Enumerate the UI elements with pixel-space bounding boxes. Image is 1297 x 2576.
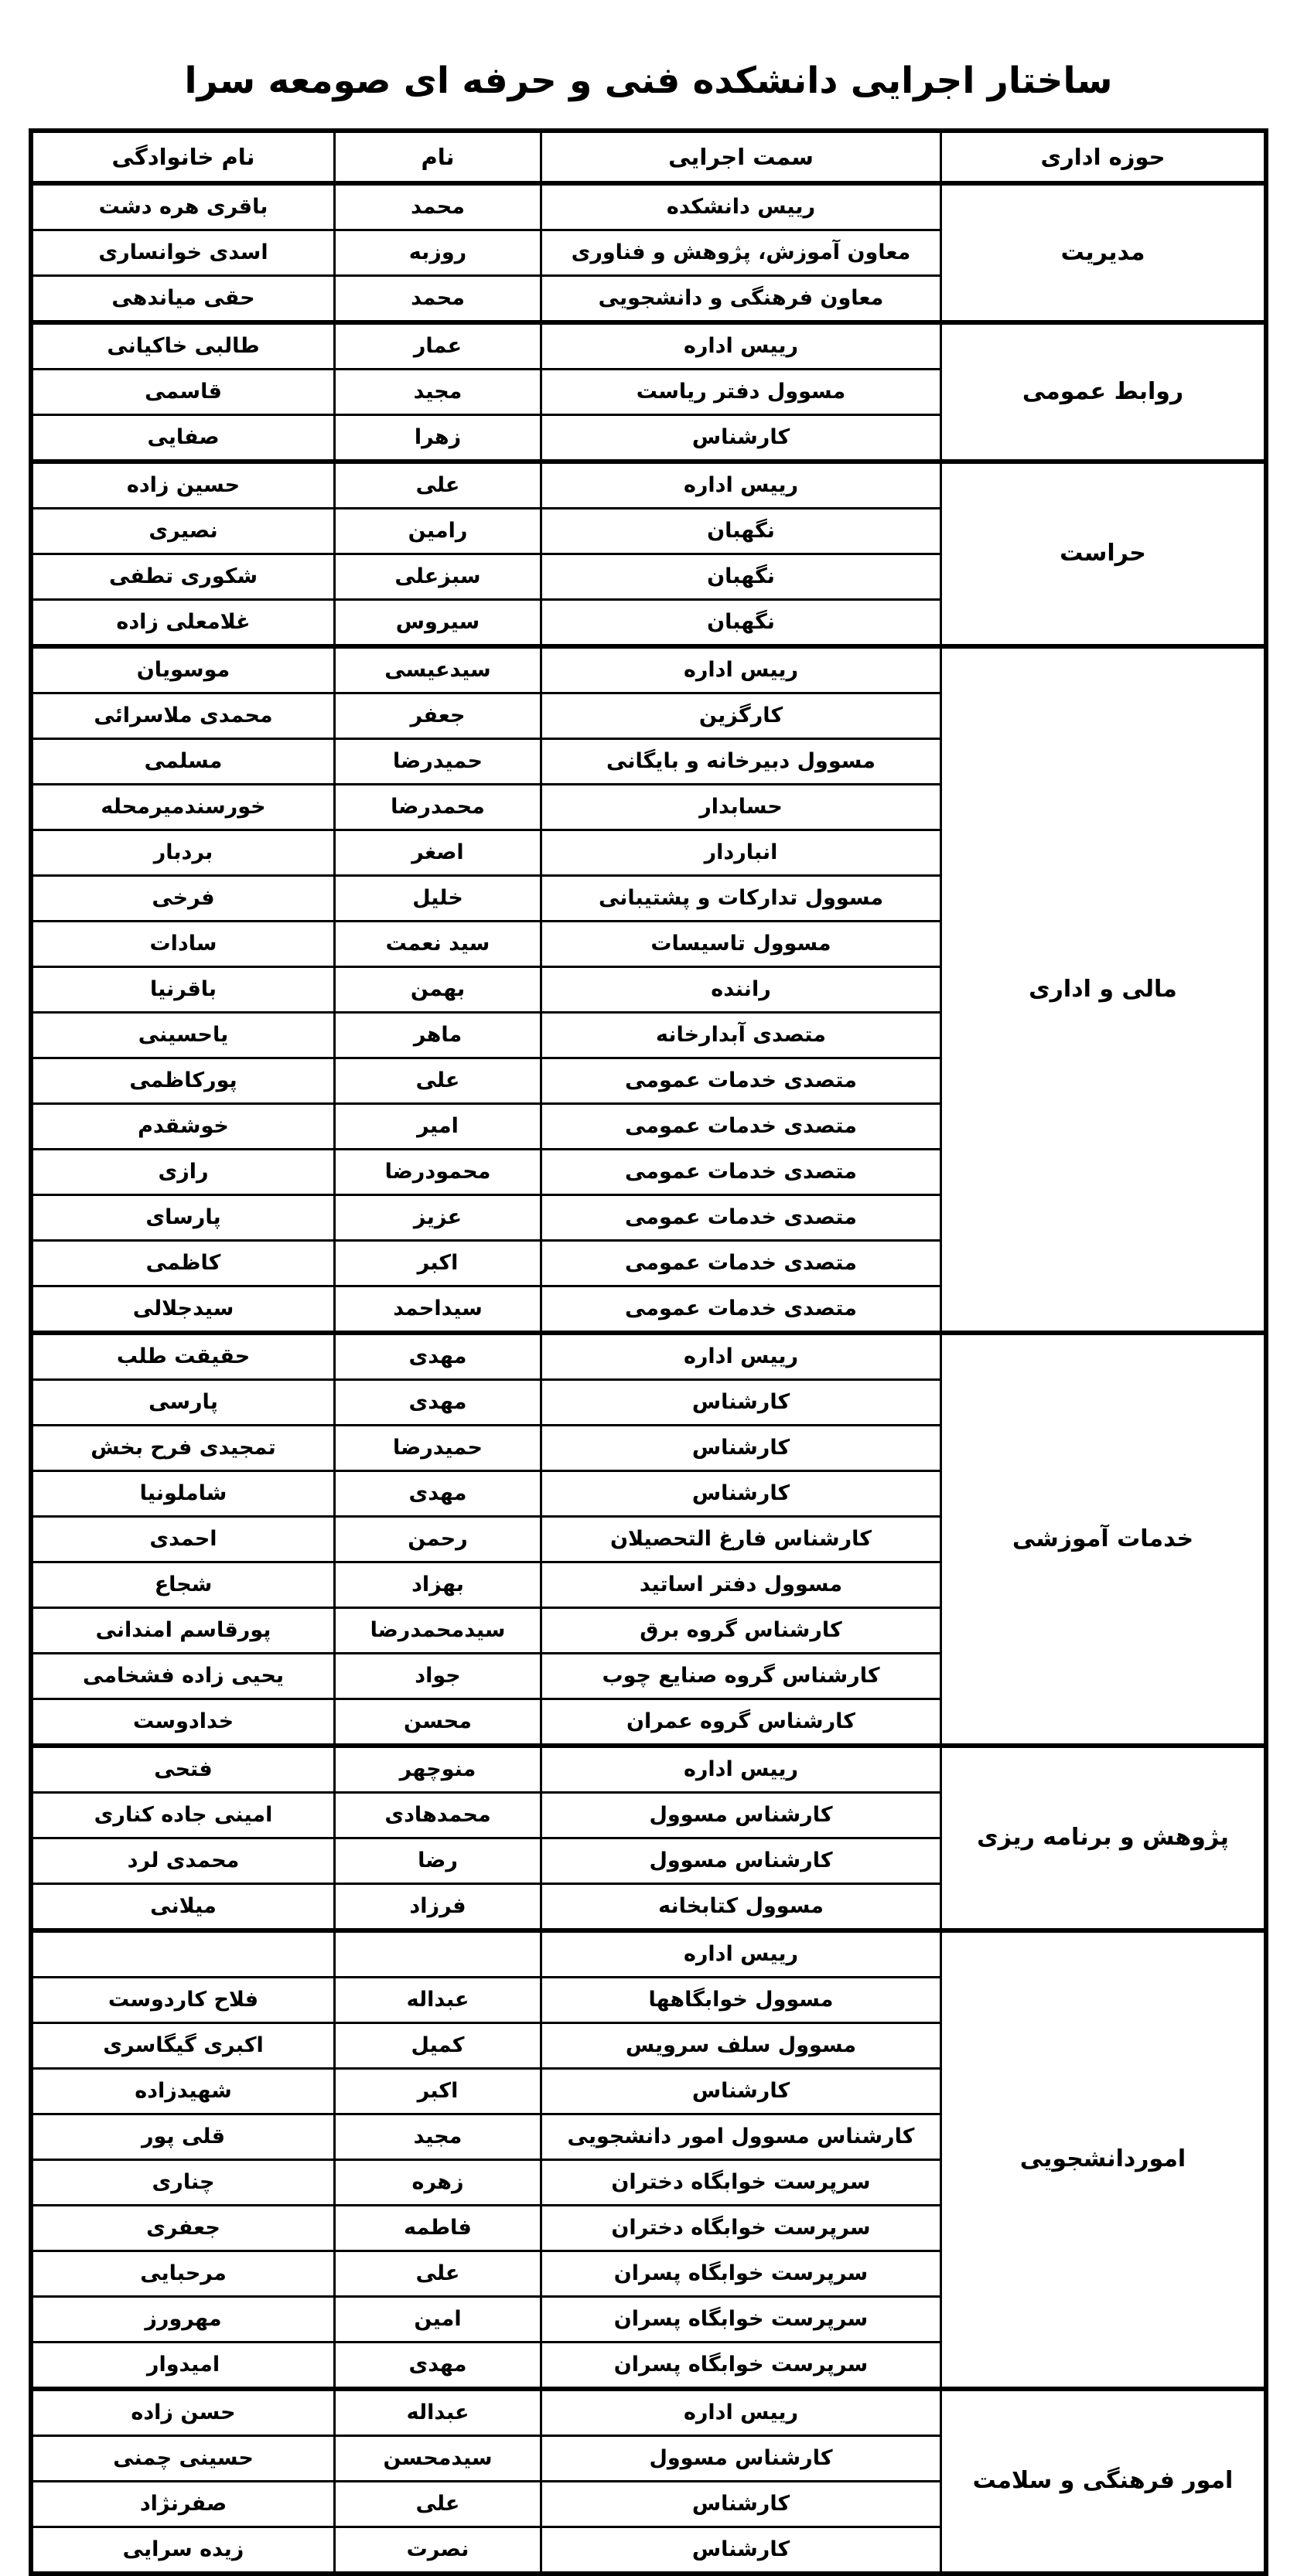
position-cell: کارشناس [541, 2068, 941, 2114]
first-name-cell: محمد [335, 275, 541, 322]
first-name-cell: سیروس [335, 599, 541, 646]
first-name-cell: عزیز [335, 1194, 541, 1240]
position-cell: مسوول دفتر اساتید [541, 1562, 941, 1607]
last-name-cell: محمدی لرد [31, 1838, 335, 1883]
position-cell: کارشناس [541, 414, 941, 462]
position-cell: راننده [541, 966, 941, 1012]
first-name-cell: علی [335, 2481, 541, 2527]
position-cell: مسوول دفتر ریاست [541, 369, 941, 414]
first-name-cell: علی [335, 2251, 541, 2296]
last-name-cell: میلانی [31, 1883, 335, 1930]
first-name-cell: مجید [335, 369, 541, 414]
first-name-cell: اکبر [335, 1240, 541, 1286]
position-cell: معاون فرهنگی و دانشجویی [541, 275, 941, 322]
last-name-cell: حسینی چمنی [31, 2435, 335, 2481]
position-cell: سرپرست خوابگاه پسران [541, 2251, 941, 2296]
position-cell: کارشناس مسوول [541, 1792, 941, 1838]
first-name-cell: مجید [335, 2114, 541, 2159]
first-name-cell: امین [335, 2296, 541, 2342]
first-name-cell: مهدی [335, 1333, 541, 1380]
first-name-cell: فرزاد [335, 1883, 541, 1930]
position-cell: مسوول کتابخانه [541, 1883, 941, 1930]
last-name-cell: پارسای [31, 1194, 335, 1240]
position-cell: رییس اداره [541, 1746, 941, 1793]
position-cell: سرپرست خوابگاه پسران [541, 2296, 941, 2342]
table-row: مالی و اداریرییس ادارهسیدعیسیموسویان [31, 646, 1266, 693]
last-name-cell: زیده سرایی [31, 2527, 335, 2574]
section-cell: اموردانشجویی [941, 1930, 1267, 2389]
last-name-cell: قلی پور [31, 2114, 335, 2159]
first-name-cell: رضا [335, 1838, 541, 1883]
position-cell: کارشناس گروه صنایع چوب [541, 1653, 941, 1699]
position-cell: کارشناس [541, 1379, 941, 1425]
table-row: پژوهش و برنامه ریزیرییس ادارهمنوچهرفتحی [31, 1746, 1266, 1793]
position-cell: کارشناس [541, 1425, 941, 1470]
position-cell: رییس اداره [541, 1333, 941, 1380]
position-cell: رییس اداره [541, 646, 941, 693]
section-cell: مالی و اداری [941, 646, 1267, 1333]
first-name-cell: عبداله [335, 1977, 541, 2022]
first-name-cell: روزبه [335, 230, 541, 275]
position-cell: متصدی خدمات عمومی [541, 1286, 941, 1333]
position-cell: کارشناس [541, 2527, 941, 2574]
first-name-cell: رامین [335, 508, 541, 554]
page-title: ساختار اجرایی دانشکده فنی و حرفه ای صومع… [0, 0, 1297, 128]
position-cell: کارشناس گروه عمران [541, 1699, 941, 1746]
table-header: حوزه اداریسمت اجرایینامنام خانوادگی [31, 131, 1266, 183]
column-header-position: سمت اجرایی [541, 131, 941, 183]
first-name-cell: رحمن [335, 1516, 541, 1562]
last-name-cell: مرحبایی [31, 2251, 335, 2296]
last-name-cell: مهرورز [31, 2296, 335, 2342]
first-name-cell: حمیدرضا [335, 1425, 541, 1470]
position-cell: حسابدار [541, 784, 941, 830]
position-cell: متصدی خدمات عمومی [541, 1149, 941, 1194]
section-cell: مدیریت [941, 183, 1267, 322]
position-cell: مسوول تدارکات و پشتیبانی [541, 875, 941, 921]
last-name-cell: امینی جاده کناری [31, 1792, 335, 1838]
last-name-cell: فلاح کاردوست [31, 1977, 335, 2022]
first-name-cell [335, 1930, 541, 1978]
last-name-cell: چناری [31, 2159, 335, 2205]
position-cell: متصدی خدمات عمومی [541, 1058, 941, 1103]
last-name-cell: احمدی [31, 1516, 335, 1562]
last-name-cell: محمدی ملاسرائی [31, 693, 335, 738]
first-name-cell: محمودرضا [335, 1149, 541, 1194]
last-name-cell: طالبی خاکیانی [31, 322, 335, 370]
first-name-cell: علی [335, 1058, 541, 1103]
position-cell: نگهبان [541, 599, 941, 646]
first-name-cell: بهمن [335, 966, 541, 1012]
position-cell: کارشناس [541, 2481, 941, 2527]
last-name-cell: نصیری [31, 508, 335, 554]
first-name-cell: مهدی [335, 1379, 541, 1425]
first-name-cell: منوچهر [335, 1746, 541, 1793]
last-name-cell: یاحسینی [31, 1012, 335, 1058]
position-cell: نگهبان [541, 554, 941, 599]
section-cell: خدمات آموزشی [941, 1333, 1267, 1746]
last-name-cell: غلامعلی زاده [31, 599, 335, 646]
last-name-cell: اکبری گیگاسری [31, 2022, 335, 2068]
first-name-cell: سیدعیسی [335, 646, 541, 693]
first-name-cell: خلیل [335, 875, 541, 921]
last-name-cell: موسویان [31, 646, 335, 693]
last-name-cell: پورکاظمی [31, 1058, 335, 1103]
position-cell: متصدی خدمات عمومی [541, 1194, 941, 1240]
first-name-cell: سیداحمد [335, 1286, 541, 1333]
first-name-cell: زهرا [335, 414, 541, 462]
first-name-cell: امیر [335, 1103, 541, 1149]
first-name-cell: سید نعمت [335, 921, 541, 966]
document-page: ساختار اجرایی دانشکده فنی و حرفه ای صومع… [0, 0, 1297, 2576]
last-name-cell: حسین زاده [31, 462, 335, 509]
position-cell: معاون آموزش، پژوهش و فناوری [541, 230, 941, 275]
first-name-cell: مهدی [335, 2342, 541, 2389]
column-header-section: حوزه اداری [941, 131, 1267, 183]
first-name-cell: فاطمه [335, 2205, 541, 2251]
last-name-cell: بردبار [31, 830, 335, 875]
first-name-cell: سیدمحمدرضا [335, 1607, 541, 1653]
last-name-cell: مسلمی [31, 738, 335, 784]
first-name-cell: نصرت [335, 2527, 541, 2574]
last-name-cell: شجاع [31, 1562, 335, 1607]
last-name-cell: سادات [31, 921, 335, 966]
first-name-cell: محمدهادی [335, 1792, 541, 1838]
first-name-cell: علی [335, 462, 541, 509]
last-name-cell: فرخی [31, 875, 335, 921]
last-name-cell: باقری هره دشت [31, 183, 335, 230]
table-body: مدیریترییس دانشکدهمحمدباقری هره دشتمعاون… [31, 183, 1266, 2574]
first-name-cell: عمار [335, 322, 541, 370]
last-name-cell: یحیی زاده فشخامی [31, 1653, 335, 1699]
position-cell: مسوول دبیرخانه و بایگانی [541, 738, 941, 784]
table-row: مدیریترییس دانشکدهمحمدباقری هره دشت [31, 183, 1266, 230]
last-name-cell [31, 1930, 335, 1978]
position-cell: کارشناس فارغ التحصیلان [541, 1516, 941, 1562]
position-cell: سرپرست خوابگاه پسران [541, 2342, 941, 2389]
position-cell: نگهبان [541, 508, 941, 554]
first-name-cell: محمدرضا [335, 784, 541, 830]
first-name-cell: محمد [335, 183, 541, 230]
last-name-cell: تمجیدی فرح بخش [31, 1425, 335, 1470]
position-cell: سرپرست خوابگاه دختران [541, 2205, 941, 2251]
position-cell: کارگزین [541, 693, 941, 738]
first-name-cell: جواد [335, 1653, 541, 1699]
position-cell: کارشناس مسوول امور دانشجویی [541, 2114, 941, 2159]
section-cell: روابط عمومی [941, 322, 1267, 462]
position-cell: مسوول سلف سرویس [541, 2022, 941, 2068]
first-name-cell: زهره [335, 2159, 541, 2205]
section-cell: پژوهش و برنامه ریزی [941, 1746, 1267, 1930]
last-name-cell: شاملونیا [31, 1470, 335, 1516]
table-row: اموردانشجوییرییس اداره [31, 1930, 1266, 1978]
last-name-cell: حسن زاده [31, 2389, 335, 2436]
last-name-cell: اسدی خوانساری [31, 230, 335, 275]
position-cell: رییس اداره [541, 462, 941, 509]
last-name-cell: خدادوست [31, 1699, 335, 1746]
header-row: حوزه اداریسمت اجرایینامنام خانوادگی [31, 131, 1266, 183]
first-name-cell: حمیدرضا [335, 738, 541, 784]
first-name-cell: اصغر [335, 830, 541, 875]
table-row: خدمات آموزشیرییس ادارهمهدیحقیقت طلب [31, 1333, 1266, 1380]
last-name-cell: حقی میاندهی [31, 275, 335, 322]
staff-table: حوزه اداریسمت اجرایینامنام خانوادگی مدیر… [29, 128, 1268, 2576]
position-cell: متصدی خدمات عمومی [541, 1240, 941, 1286]
last-name-cell: سیدجلالی [31, 1286, 335, 1333]
position-cell: رییس اداره [541, 2389, 941, 2436]
position-cell: متصدی خدمات عمومی [541, 1103, 941, 1149]
first-name-cell: اکبر [335, 2068, 541, 2114]
first-name-cell: سیدمحسن [335, 2435, 541, 2481]
last-name-cell: صفایی [31, 414, 335, 462]
last-name-cell: شکوری تطفی [31, 554, 335, 599]
column-header-last-name: نام خانوادگی [31, 131, 335, 183]
last-name-cell: پورقاسم امندانی [31, 1607, 335, 1653]
first-name-cell: ماهر [335, 1012, 541, 1058]
last-name-cell: صفرنژاد [31, 2481, 335, 2527]
last-name-cell: باقرنیا [31, 966, 335, 1012]
last-name-cell: رازی [31, 1149, 335, 1194]
first-name-cell: مهدی [335, 1470, 541, 1516]
section-cell: امور فرهنگی و سلامت [941, 2389, 1267, 2574]
first-name-cell: بهزاد [335, 1562, 541, 1607]
first-name-cell: عبداله [335, 2389, 541, 2436]
column-header-first-name: نام [335, 131, 541, 183]
table-row: روابط عمومیرییس ادارهعمارطالبی خاکیانی [31, 322, 1266, 370]
last-name-cell: خورسندمیرمحله [31, 784, 335, 830]
first-name-cell: محسن [335, 1699, 541, 1746]
position-cell: کارشناس مسوول [541, 1838, 941, 1883]
last-name-cell: خوشقدم [31, 1103, 335, 1149]
last-name-cell: قاسمی [31, 369, 335, 414]
first-name-cell: کمیل [335, 2022, 541, 2068]
last-name-cell: امیدوار [31, 2342, 335, 2389]
first-name-cell: سبزعلی [335, 554, 541, 599]
last-name-cell: جعفری [31, 2205, 335, 2251]
position-cell: رییس اداره [541, 322, 941, 370]
first-name-cell: جعفر [335, 693, 541, 738]
last-name-cell: پارسی [31, 1379, 335, 1425]
position-cell: انباردار [541, 830, 941, 875]
position-cell: مسوول تاسیسات [541, 921, 941, 966]
section-cell: حراست [941, 462, 1267, 646]
last-name-cell: فتحی [31, 1746, 335, 1793]
position-cell: متصدی آبدارخانه [541, 1012, 941, 1058]
position-cell: کارشناس مسوول [541, 2435, 941, 2481]
last-name-cell: کاظمی [31, 1240, 335, 1286]
table-row: امور فرهنگی و سلامترییس ادارهعبدالهحسن ز… [31, 2389, 1266, 2436]
position-cell: رییس اداره [541, 1930, 941, 1978]
table-row: حراسترییس ادارهعلیحسین زاده [31, 462, 1266, 509]
last-name-cell: حقیقت طلب [31, 1333, 335, 1380]
position-cell: رییس دانشکده [541, 183, 941, 230]
last-name-cell: شهیدزاده [31, 2068, 335, 2114]
position-cell: مسوول خوابگاهها [541, 1977, 941, 2022]
position-cell: کارشناس گروه برق [541, 1607, 941, 1653]
position-cell: کارشناس [541, 1470, 941, 1516]
position-cell: سرپرست خوابگاه دختران [541, 2159, 941, 2205]
